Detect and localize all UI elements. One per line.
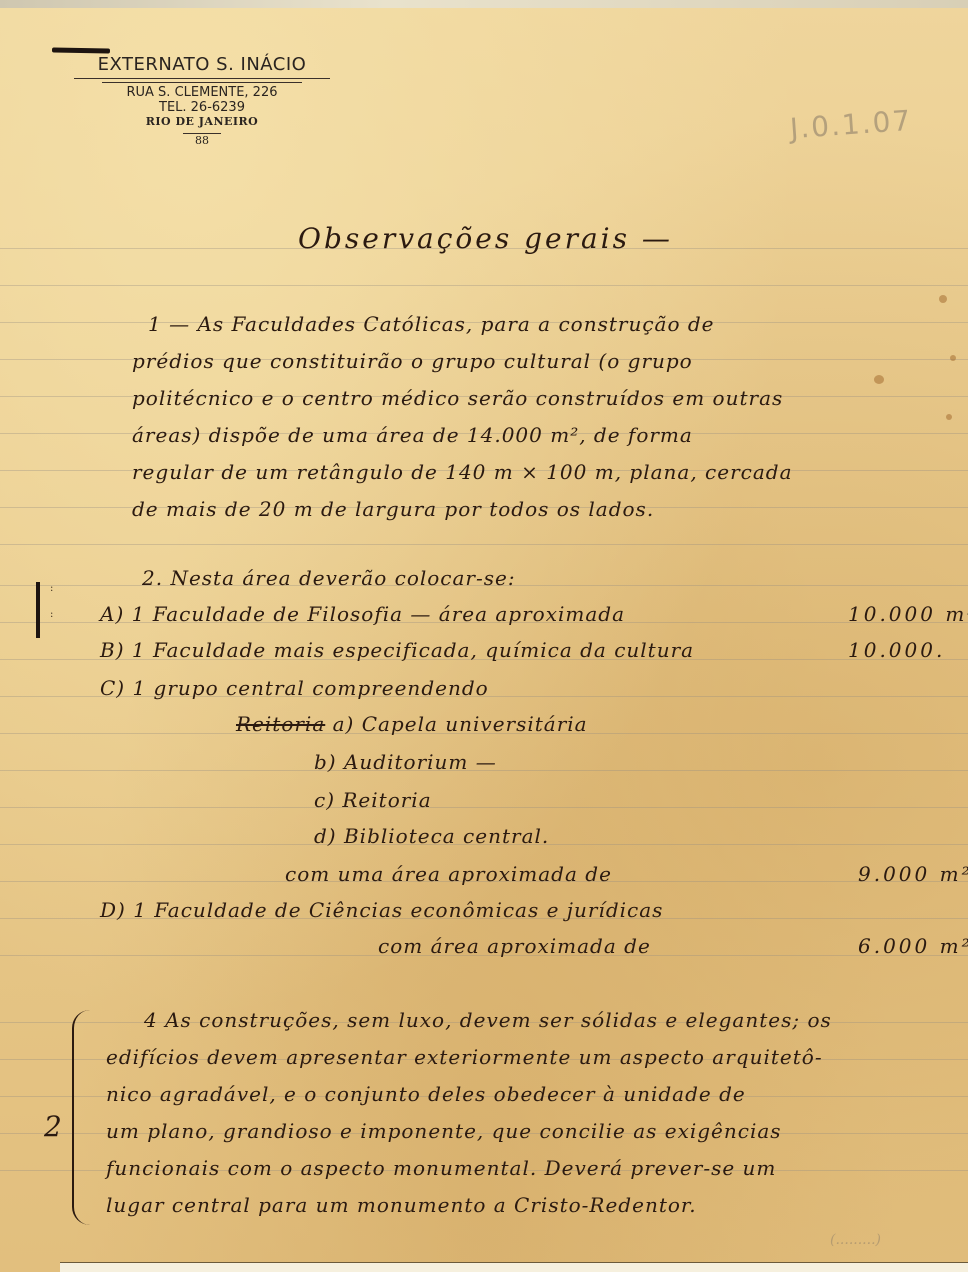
section1-line: regular de um retângulo de 140 m × 100 m… xyxy=(132,460,793,484)
item-d-area-text: com área aproximada de xyxy=(378,934,651,958)
document-title: Observações gerais — xyxy=(298,222,673,255)
stain xyxy=(874,375,884,384)
section2-heading: 2. Nesta área deverão colocar-se: xyxy=(142,566,516,590)
ruled-line xyxy=(0,285,968,286)
ruled-line xyxy=(0,544,968,545)
margin-ink-bar xyxy=(36,582,40,638)
subitem-letter: d) xyxy=(314,824,337,848)
subitem-text: Biblioteca central. xyxy=(344,824,549,848)
item-letter: A) xyxy=(100,602,124,626)
subitem-letter: b) xyxy=(314,750,337,774)
letterhead-mark: 88 xyxy=(183,133,221,147)
institution-address: RUA S. CLEMENTE, 226 xyxy=(82,85,322,100)
section1-line: politécnico e o centro médico serão cons… xyxy=(132,386,783,410)
institution-phone: TEL. 26-6239 xyxy=(82,100,322,115)
section1-line: prédios que constituirão o grupo cultura… xyxy=(132,349,693,373)
item-c-area: 9.000 m² xyxy=(858,862,968,886)
subitem-b: b) Auditorium — xyxy=(314,750,497,774)
subitem-text: Capela universitária xyxy=(362,712,588,736)
institution-city: RIO DE JANEIRO xyxy=(82,115,322,128)
item-b: B) 1 Faculdade mais especificada, químic… xyxy=(100,638,694,662)
section4-line: 4 As construções, sem luxo, devem ser só… xyxy=(144,1008,832,1032)
item-text: 1 Faculdade de Ciências econômicas e jur… xyxy=(133,898,663,922)
institution-name: EXTERNATO S. INÁCIO xyxy=(74,54,330,79)
subitem-c: c) Reitoria xyxy=(314,788,432,812)
subitem-text: Auditorium — xyxy=(344,750,497,774)
subitem-letter: a) xyxy=(333,712,355,736)
stain xyxy=(946,414,952,420)
item-letter: D) xyxy=(100,898,126,922)
pencil-reference-number: J.0.1.07 xyxy=(789,104,913,145)
item-letter: B) xyxy=(100,638,125,662)
subitem-a: Reitoria a) Capela universitária xyxy=(236,712,588,736)
subitem-d: d) Biblioteca central. xyxy=(314,824,549,848)
item-text: 1 Faculdade mais especificada, química d… xyxy=(132,638,694,662)
subitem-letter: c) xyxy=(314,788,335,812)
margin-dots: :: xyxy=(50,582,53,621)
margin-brace xyxy=(72,1010,96,1225)
item-c: C) 1 grupo central compreendendo xyxy=(100,676,489,700)
section1-line: de mais de 20 m de largura por todos os … xyxy=(132,497,654,521)
item-c-area-text: com uma área aproximada de xyxy=(285,862,612,886)
margin-number: 2 xyxy=(44,1110,62,1143)
section4-line: edifícios devem apresentar exteriormente… xyxy=(106,1045,823,1069)
struck-word: Reitoria xyxy=(236,712,325,736)
next-page-edge xyxy=(60,1262,968,1272)
ruled-line xyxy=(0,807,968,808)
section4-line: um plano, grandioso e imponente, que con… xyxy=(106,1119,782,1143)
document-page: EXTERNATO S. INÁCIO RUA S. CLEMENTE, 226… xyxy=(0,0,968,1272)
item-a: A) 1 Faculdade de Filosofia — área aprox… xyxy=(100,602,625,626)
letterhead-divider xyxy=(102,82,302,83)
section1-line: áreas) dispõe de uma área de 14.000 m², … xyxy=(132,423,693,447)
section4-line: funcionais com o aspecto monumental. Dev… xyxy=(106,1156,776,1180)
item-b-area: 10.000. xyxy=(848,638,945,662)
faint-pencil-note: (.........) xyxy=(830,1232,881,1248)
section1-line: 1 — As Faculdades Católicas, para a cons… xyxy=(148,312,715,336)
stain xyxy=(939,295,947,303)
item-d: D) 1 Faculdade de Ciências econômicas e … xyxy=(100,898,663,922)
previous-page-strip xyxy=(0,0,968,8)
item-text: 1 grupo central compreendendo xyxy=(132,676,488,700)
subitem-text: Reitoria xyxy=(342,788,431,812)
ink-mark xyxy=(52,47,110,53)
item-letter: C) xyxy=(100,676,125,700)
section4-line: lugar central para um monumento a Cristo… xyxy=(106,1193,697,1217)
item-text: 1 Faculdade de Filosofia — área aproxima… xyxy=(132,602,625,626)
stain xyxy=(950,355,956,361)
letterhead: EXTERNATO S. INÁCIO RUA S. CLEMENTE, 226… xyxy=(82,54,322,148)
section4-line: nico agradável, e o conjunto deles obede… xyxy=(106,1082,746,1106)
item-d-area: 6.000 m² xyxy=(858,934,968,958)
item-a-area: 10.000 m² xyxy=(848,602,968,626)
